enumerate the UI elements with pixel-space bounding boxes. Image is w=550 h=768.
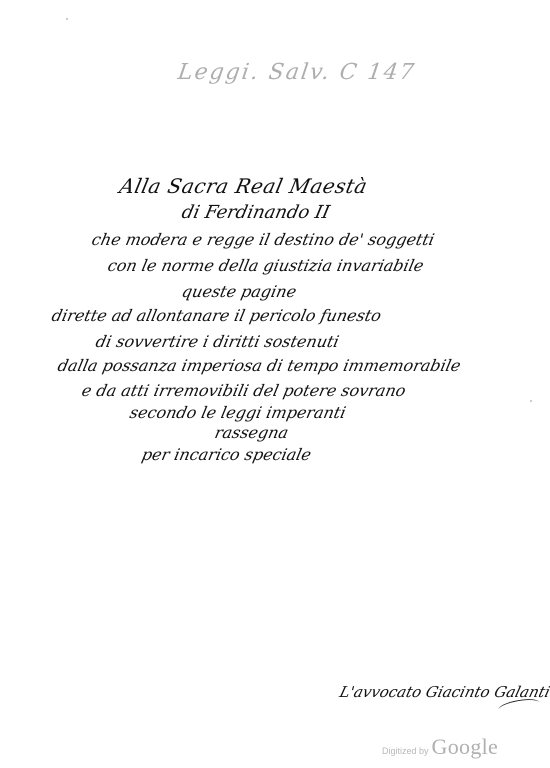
shelfmark-annotation: Leggi. Salv. C 147: [176, 60, 417, 85]
signature: L'avvocato Giacinto Galanti: [338, 683, 550, 701]
manuscript-page: Leggi. Salv. C 147 Alla Sacra Real Maest…: [0, 0, 550, 768]
dedication-line: Alla Sacra Real Maestà: [118, 176, 369, 196]
dedication-line: secondo le leggi imperanti: [128, 405, 347, 421]
dedication-line: per incarico speciale: [140, 447, 312, 463]
digitized-by-google-watermark: Digitized by Google: [382, 734, 498, 760]
dedication-line: di sovvertire i diritti sostenuti: [94, 334, 340, 350]
dedication-line: di Ferdinando II: [180, 204, 331, 222]
dedication-line: con le norme della giustizia invariabile: [106, 258, 425, 274]
google-logo-text: Google: [432, 734, 499, 760]
paper-speck: [530, 400, 532, 402]
dedication-line: rassegna: [213, 425, 290, 441]
watermark-prefix: Digitized by: [382, 746, 429, 756]
dedication-line: queste pagine: [180, 284, 298, 300]
paper-speck: [160, 238, 162, 240]
paper-speck: [66, 18, 68, 20]
dedication-line: dirette ad allontanare il pericolo funes…: [50, 308, 382, 324]
dedication-line: e da atti irremovibili del potere sovran…: [80, 383, 407, 399]
dedication-line: dalla possanza imperiosa di tempo immemo…: [56, 358, 462, 374]
dedication-line: che modera e regge il destino de' sogget…: [90, 232, 436, 248]
